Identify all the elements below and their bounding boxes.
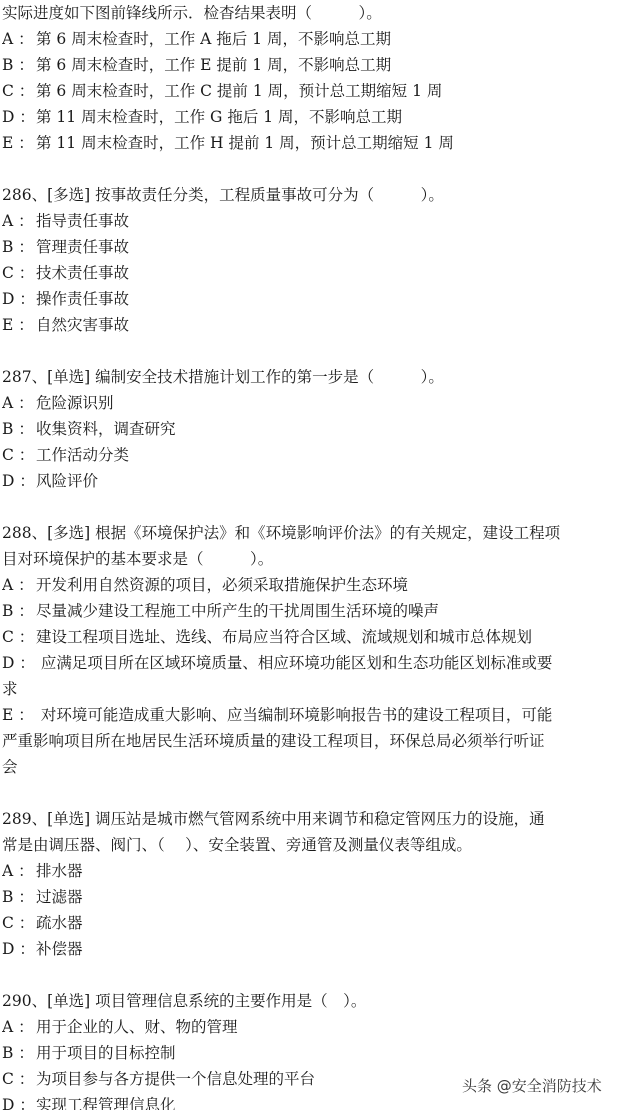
option-b: B ：尽量减少建设工程施工中所产生的干扰周围生活环境的噪声 — [2, 598, 617, 624]
question-stem-line-2: 常是由调压器、阀门、（ ）、安全装置、旁通管及测量仪表等组成。 — [2, 832, 617, 858]
option-c: C ：建设工程项目选址、选线、布局应当符合区域、流域规划和城市总体规划 — [2, 624, 617, 650]
question-stem: 287、[单选] 编制安全技术措施计划工作的第一步是（ ）。 — [2, 364, 617, 390]
option-e: E ： 对环境可能造成重大影响、应当编制环境影响报告书的建设工程项目，可能 — [2, 702, 617, 728]
option-text: 第 6 周末检查时，工作 C 提前 1 周，预计总工期缩短 1 周 — [36, 82, 442, 100]
option-c: C ：疏水器 — [2, 910, 617, 936]
option-b: B ：收集资料，调查研究 — [2, 416, 617, 442]
option-text: 建设工程项目选址、选线、布局应当符合区域、流域规划和城市总体规划 — [36, 628, 532, 646]
option-text: 危险源识别 — [36, 394, 114, 412]
option-letter: B ： — [2, 884, 36, 910]
option-text: 第 6 周末检查时，工作 A 拖后 1 周，不影响总工期 — [36, 30, 391, 48]
option-letter: A ： — [2, 26, 36, 52]
option-letter: B ： — [2, 1040, 36, 1066]
option-e-continuation: 严重影响项目所在地居民生活环境质量的建设工程项目，环保总局必须举行听证 — [2, 728, 617, 754]
option-letter: D ： — [2, 650, 36, 676]
option-text: 风险评价 — [36, 472, 98, 490]
option-letter: C ： — [2, 910, 36, 936]
option-a: A ：指导责任事故 — [2, 208, 617, 234]
option-a: A ：开发利用自然资源的项目，必须采取措施保护生态环境 — [2, 572, 617, 598]
option-b: B ：过滤器 — [2, 884, 617, 910]
spacer — [2, 780, 617, 806]
option-d: D ：第 11 周末检查时，工作 G 拖后 1 周，不影响总工期 — [2, 104, 617, 130]
option-letter: B ： — [2, 234, 36, 260]
option-e: E ：第 11 周末检查时，工作 H 提前 1 周，预计总工期缩短 1 周 — [2, 130, 617, 156]
option-c: C ：第 6 周末检查时，工作 C 提前 1 周，预计总工期缩短 1 周 — [2, 78, 617, 104]
option-letter: E ： — [2, 130, 36, 156]
option-letter: E ： — [2, 312, 36, 338]
option-text: 第 11 周末检查时，工作 H 提前 1 周，预计总工期缩短 1 周 — [36, 134, 454, 152]
question-288: 288、[多选] 根据《环境保护法》和《环境影响评价法》的有关规定，建设工程项 … — [2, 520, 617, 780]
question-stem: 实际进度如下图前锋线所示．检杳结果表明（ ）。 — [2, 0, 617, 26]
option-b: B ：管理责任事故 — [2, 234, 617, 260]
option-letter: C ： — [2, 442, 36, 468]
question-stem-line-1: 289、[单选] 调压站是城市燃气管网系统中用来调节和稳定管网压力的设施，通 — [2, 806, 617, 832]
option-e: E ：自然灾害事故 — [2, 312, 617, 338]
option-text: 指导责任事故 — [36, 212, 129, 230]
option-letter: C ： — [2, 1066, 36, 1092]
spacer — [2, 494, 617, 520]
option-letter: D ： — [2, 104, 36, 130]
option-d: D ： 应满足项目所在区域环境质量、相应环境功能区划和生态功能区划标准或要 — [2, 650, 617, 676]
option-text: 自然灾害事故 — [36, 316, 129, 334]
option-a: A ：排水器 — [2, 858, 617, 884]
option-letter: A ： — [2, 390, 36, 416]
option-letter: E ： — [2, 702, 36, 728]
option-text: 开发利用自然资源的项目，必须采取措施保护生态环境 — [36, 576, 408, 594]
option-d: D ：风险评价 — [2, 468, 617, 494]
option-letter: B ： — [2, 52, 36, 78]
option-text: 操作责任事故 — [36, 290, 129, 308]
option-text: 第 6 周末检查时，工作 E 提前 1 周，不影响总工期 — [36, 56, 391, 74]
exam-document: 实际进度如下图前锋线所示．检杳结果表明（ ）。 A ：第 6 周末检查时，工作 … — [2, 0, 617, 1110]
option-d: D ：操作责任事故 — [2, 286, 617, 312]
option-letter: C ： — [2, 78, 36, 104]
option-text: 为项目参与各方提供一个信息处理的平台 — [36, 1070, 315, 1088]
option-letter: A ： — [2, 572, 36, 598]
option-d: D ：补偿器 — [2, 936, 617, 962]
option-c: C ：工作活动分类 — [2, 442, 617, 468]
question-285-continuation: 实际进度如下图前锋线所示．检杳结果表明（ ）。 A ：第 6 周末检查时，工作 … — [2, 0, 617, 156]
option-a: A ：用于企业的人、财、物的管理 — [2, 1014, 617, 1040]
question-stem: 290、[单选] 项目管理信息系统的主要作用是（ ）。 — [2, 988, 617, 1014]
option-letter: A ： — [2, 858, 36, 884]
watermark: 头条 @安全消防技术 — [458, 1074, 606, 1097]
option-a: A ：第 6 周末检查时，工作 A 拖后 1 周，不影响总工期 — [2, 26, 617, 52]
option-letter: D ： — [2, 286, 36, 312]
question-stem-line-2: 目对环境保护的基本要求是（ ）。 — [2, 546, 617, 572]
option-text: 排水器 — [36, 862, 83, 880]
question-stem-line-1: 288、[多选] 根据《环境保护法》和《环境影响评价法》的有关规定，建设工程项 — [2, 520, 617, 546]
option-text: 收集资料，调查研究 — [36, 420, 176, 438]
option-text: 第 11 周末检查时，工作 G 拖后 1 周，不影响总工期 — [36, 108, 402, 126]
option-d-continuation: 求 — [2, 676, 617, 702]
option-letter: D ： — [2, 468, 36, 494]
option-e-continuation: 会 — [2, 754, 617, 780]
option-letter: D ： — [2, 936, 36, 962]
option-letter: B ： — [2, 598, 36, 624]
option-letter: A ： — [2, 208, 36, 234]
option-text: 疏水器 — [36, 914, 83, 932]
question-289: 289、[单选] 调压站是城市燃气管网系统中用来调节和稳定管网压力的设施，通 常… — [2, 806, 617, 962]
option-letter: D ： — [2, 1092, 36, 1110]
option-text: 用于企业的人、财、物的管理 — [36, 1018, 238, 1036]
option-text: 补偿器 — [36, 940, 83, 958]
option-letter: A ： — [2, 1014, 36, 1040]
option-text: 工作活动分类 — [36, 446, 129, 464]
option-letter: C ： — [2, 260, 36, 286]
option-c: C ：技术责任事故 — [2, 260, 617, 286]
question-286: 286、[多选] 按事故责任分类，工程质量事故可分为（ ）。 A ：指导责任事故… — [2, 182, 617, 338]
spacer — [2, 962, 617, 988]
option-text: 管理责任事故 — [36, 238, 129, 256]
option-letter: B ： — [2, 416, 36, 442]
question-287: 287、[单选] 编制安全技术措施计划工作的第一步是（ ）。 A ：危险源识别 … — [2, 364, 617, 494]
option-text: 对环境可能造成重大影响、应当编制环境影响报告书的建设工程项目，可能 — [36, 706, 552, 724]
option-text: 尽量减少建设工程施工中所产生的干扰周围生活环境的噪声 — [36, 602, 439, 620]
option-text: 实现工程管理信息化 — [36, 1096, 176, 1110]
option-text: 应满足项目所在区域环境质量、相应环境功能区划和生态功能区划标准或要 — [36, 654, 552, 672]
question-stem: 286、[多选] 按事故责任分类，工程质量事故可分为（ ）。 — [2, 182, 617, 208]
option-b: B ：用于项目的目标控制 — [2, 1040, 617, 1066]
option-b: B ：第 6 周末检查时，工作 E 提前 1 周，不影响总工期 — [2, 52, 617, 78]
option-a: A ：危险源识别 — [2, 390, 617, 416]
option-text: 过滤器 — [36, 888, 83, 906]
option-text: 技术责任事故 — [36, 264, 129, 282]
spacer — [2, 338, 617, 364]
option-letter: C ： — [2, 624, 36, 650]
spacer — [2, 156, 617, 182]
option-text: 用于项目的目标控制 — [36, 1044, 176, 1062]
